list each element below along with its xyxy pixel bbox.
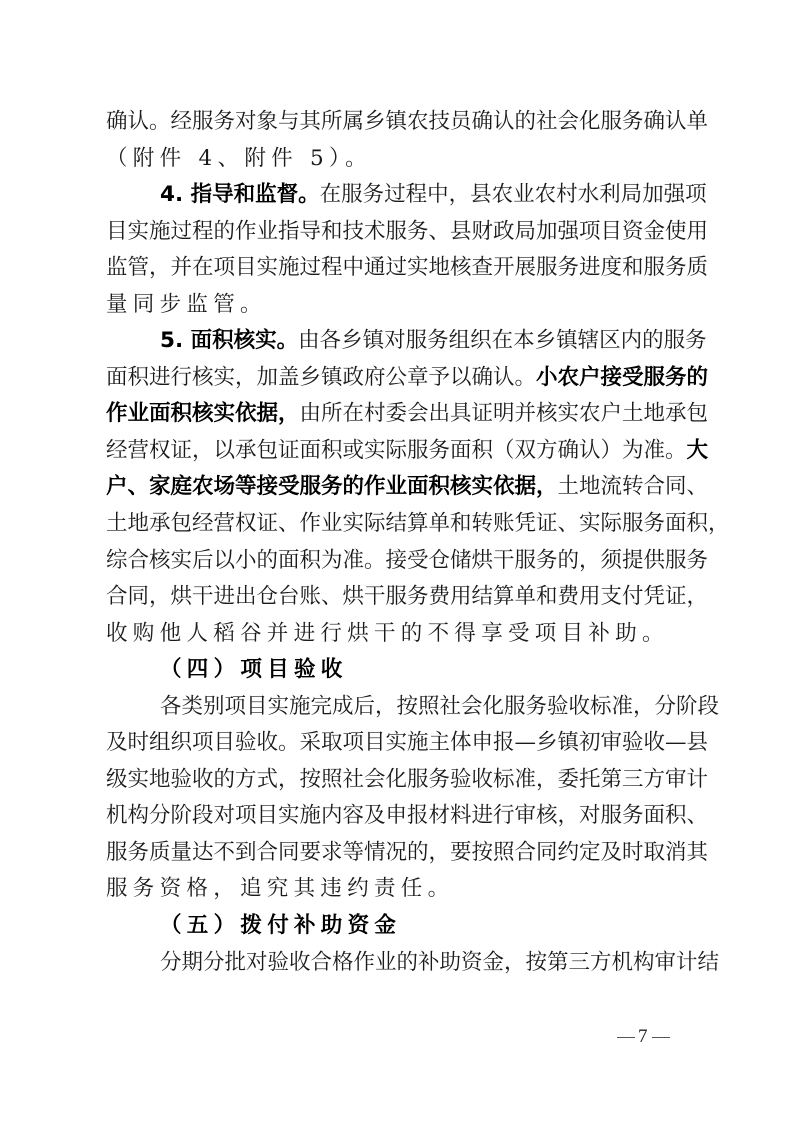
page-number: 7 xyxy=(638,1026,649,1047)
text-line: 机构分阶段对项目实施内容及申报材料进行审核，对服务面积、 xyxy=(106,798,700,835)
text-line: 级实地验收的方式，按照社会化服务验收标准，委托第三方审计 xyxy=(106,762,700,799)
body-text: 分期分批对验收合格作业的补助资金，按第三方机构审计结 xyxy=(160,950,719,975)
body-text: 由各乡镇对服务组织在本乡镇辖区内的服务 xyxy=(298,328,707,353)
body-text: 级实地验收的方式，按照社会化服务验收标准，委托第三方审计 xyxy=(106,767,708,792)
bold-text: 大 xyxy=(687,438,709,463)
body-text: 综合核实后以小的面积为准。接受仓储烘干服务的，须提供服务 xyxy=(106,548,708,573)
text-line: 量同步监管。 xyxy=(106,287,700,324)
text-line: 综合核实后以小的面积为准。接受仓储烘干服务的，须提供服务 xyxy=(106,543,700,580)
body-text: 各类别项目实施完成后，按照社会化服务验收标准，分阶段 xyxy=(160,694,719,719)
body-text: 面积进行核实，加盖乡镇政府公章予以确认。 xyxy=(106,365,536,390)
text-line: 分期分批对验收合格作业的补助资金，按第三方机构审计结 xyxy=(106,945,700,982)
text-line: 作业面积核实依据，由所在村委会出具证明并核实农户土地承包 xyxy=(106,396,700,433)
bold-text: （五）拨付补助资金 xyxy=(160,913,401,938)
text-line: 收购他人稻谷并进行烘干的不得享受项目补助。 xyxy=(106,616,700,653)
bold-text: 小农户接受服务的 xyxy=(536,365,708,390)
text-line: （附件 4、附件 5）。 xyxy=(106,141,700,178)
text-line: 合同，烘干进出仓台账、烘干服务费用结算单和费用支付凭证， xyxy=(106,579,700,616)
body-text: 在服务过程中，县农业农村水利局加强项 xyxy=(320,182,707,207)
bold-text: 户、家庭农场等接受服务的作业面积核实依据， xyxy=(106,474,558,499)
bold-text: 5. 面积核实。 xyxy=(160,328,298,353)
body-text: 服务质量达不到合同要求等情况的，要按照合同约定及时取消其 xyxy=(106,840,708,865)
text-line: 服务质量达不到合同要求等情况的，要按照合同约定及时取消其 xyxy=(106,835,700,872)
section-heading: （四）项目验收 xyxy=(106,652,700,689)
text-line: 确认。经服务对象与其所属乡镇农技员确认的社会化服务确认单 xyxy=(106,104,700,141)
body-text: 由所在村委会出具证明并核实农户土地承包 xyxy=(300,401,709,426)
body-text: 监管，并在项目实施过程中通过实地核查开展服务进度和服务质 xyxy=(106,255,708,280)
text-line: 经营权证，以承包证面积或实际服务面积（双方确认）为准。大 xyxy=(106,433,700,470)
footer-dash-left xyxy=(617,1037,635,1038)
document-body: 确认。经服务对象与其所属乡镇农技员确认的社会化服务确认单（附件 4、附件 5）。… xyxy=(106,104,700,981)
text-line: 面积进行核实，加盖乡镇政府公章予以确认。小农户接受服务的 xyxy=(106,360,700,397)
body-text: 目实施过程的作业指导和技术服务、县财政局加强项目资金使用 xyxy=(106,219,708,244)
bold-text: （四）项目验收 xyxy=(160,657,348,682)
body-text: 服务资格，追究其违约责任。 xyxy=(106,876,454,901)
body-text: 确认。经服务对象与其所属乡镇农技员确认的社会化服务确认单 xyxy=(106,109,708,134)
section-heading: （五）拨付补助资金 xyxy=(106,908,700,945)
footer-dash-right xyxy=(652,1037,670,1038)
text-line: 目实施过程的作业指导和技术服务、县财政局加强项目资金使用 xyxy=(106,214,700,251)
text-line: 5. 面积核实。由各乡镇对服务组织在本乡镇辖区内的服务 xyxy=(106,323,700,360)
body-text: 收购他人稻谷并进行烘干的不得享受项目补助。 xyxy=(106,621,669,646)
body-text: 合同，烘干进出仓台账、烘干服务费用结算单和费用支付凭证， xyxy=(106,584,708,609)
text-line: 户、家庭农场等接受服务的作业面积核实依据，土地流转合同、 xyxy=(106,469,700,506)
text-line: 土地承包经营权证、作业实际结算单和转账凭证、实际服务面积， xyxy=(106,506,700,543)
body-text: 及时组织项目验收。采取项目实施主体申报—乡镇初审验收—县 xyxy=(106,730,708,755)
text-line: 各类别项目实施完成后，按照社会化服务验收标准，分阶段 xyxy=(106,689,700,726)
body-text: 土地承包经营权证、作业实际结算单和转账凭证、实际服务面积， xyxy=(106,511,730,536)
text-line: 及时组织项目验收。采取项目实施主体申报—乡镇初审验收—县 xyxy=(106,725,700,762)
text-line: 服务资格，追究其违约责任。 xyxy=(106,871,700,908)
body-text: 机构分阶段对项目实施内容及申报材料进行审核，对服务面积、 xyxy=(106,803,708,828)
body-text: 土地流转合同、 xyxy=(558,474,709,499)
body-text: 量同步监管。 xyxy=(106,292,267,317)
bold-text: 4. 指导和监督。 xyxy=(160,182,320,207)
text-line: 监管，并在项目实施过程中通过实地核查开展服务进度和服务质 xyxy=(106,250,700,287)
body-text: 经营权证，以承包证面积或实际服务面积（双方确认）为准。 xyxy=(106,438,687,463)
page-footer: 7 xyxy=(614,1026,673,1048)
text-line: 4. 指导和监督。在服务过程中，县农业农村水利局加强项 xyxy=(106,177,700,214)
bold-text: 作业面积核实依据， xyxy=(106,401,300,426)
body-text: （附件 4、附件 5）。 xyxy=(106,146,372,171)
